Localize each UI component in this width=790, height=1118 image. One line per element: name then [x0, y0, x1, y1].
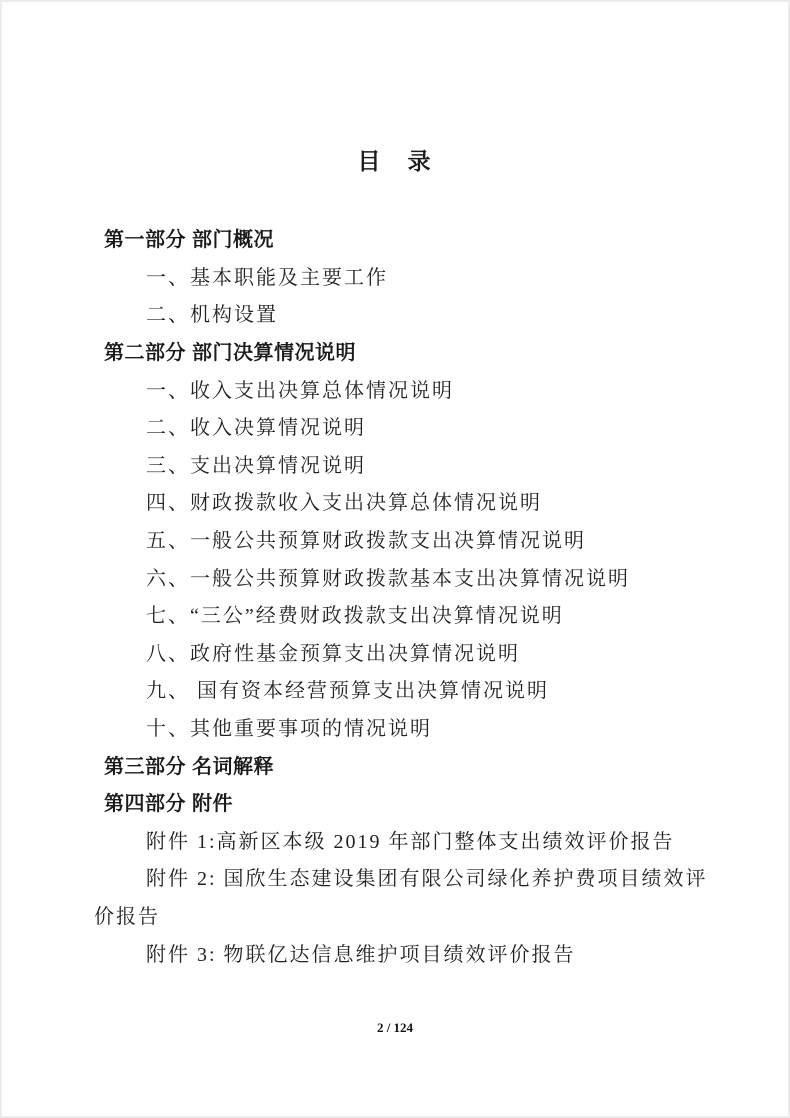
- toc-item-attachment3: 附件 3: 物联亿达信息维护项目绩效评价报告: [94, 933, 720, 971]
- toc-item: 二、机构设置: [94, 294, 720, 332]
- toc-item-attachment1: 附件 1:高新区本级 2019 年部门整体支出绩效评价报告: [94, 821, 720, 859]
- toc-item: 四、财政拨款收入支出决算总体情况说明: [94, 482, 720, 520]
- toc-heading-part4: 第四部分 附件: [94, 783, 720, 821]
- toc-heading-part2: 第二部分 部门决算情况说明: [94, 332, 720, 370]
- toc-heading-part1: 第一部分 部门概况: [94, 219, 720, 257]
- page-number-indicator: 2 / 124: [0, 1020, 790, 1036]
- toc-heading-part3: 第三部分 名词解释: [94, 745, 720, 783]
- toc-item: 二、收入决算情况说明: [94, 407, 720, 445]
- table-of-contents: 第一部分 部门概况 一、基本职能及主要工作 二、机构设置 第二部分 部门决算情况…: [0, 219, 790, 971]
- document-page: 目 录 第一部分 部门概况 一、基本职能及主要工作 二、机构设置 第二部分 部门…: [0, 0, 790, 1118]
- toc-item: 三、支出决算情况说明: [94, 445, 720, 483]
- toc-item: 十、其他重要事项的情况说明: [94, 708, 720, 746]
- toc-item: 六、一般公共预算财政拨款基本支出决算情况说明: [94, 557, 720, 595]
- page-title: 目 录: [0, 0, 790, 176]
- toc-line-continuation: 价报告: [94, 896, 720, 934]
- toc-item: 一、收入支出决算总体情况说明: [94, 369, 720, 407]
- toc-item: 九、 国有资本经营预算支出决算情况说明: [94, 670, 720, 708]
- toc-item: 八、政府性基金预算支出决算情况说明: [94, 633, 720, 671]
- toc-item-attachment2: 附件 2: 国欣生态建设集团有限公司绿化养护费项目绩效评: [94, 858, 720, 896]
- toc-item: 五、一般公共预算财政拨款支出决算情况说明: [94, 520, 720, 558]
- toc-item: 七、“三公”经费财政拨款支出决算情况说明: [94, 595, 720, 633]
- toc-item: 一、基本职能及主要工作: [94, 257, 720, 295]
